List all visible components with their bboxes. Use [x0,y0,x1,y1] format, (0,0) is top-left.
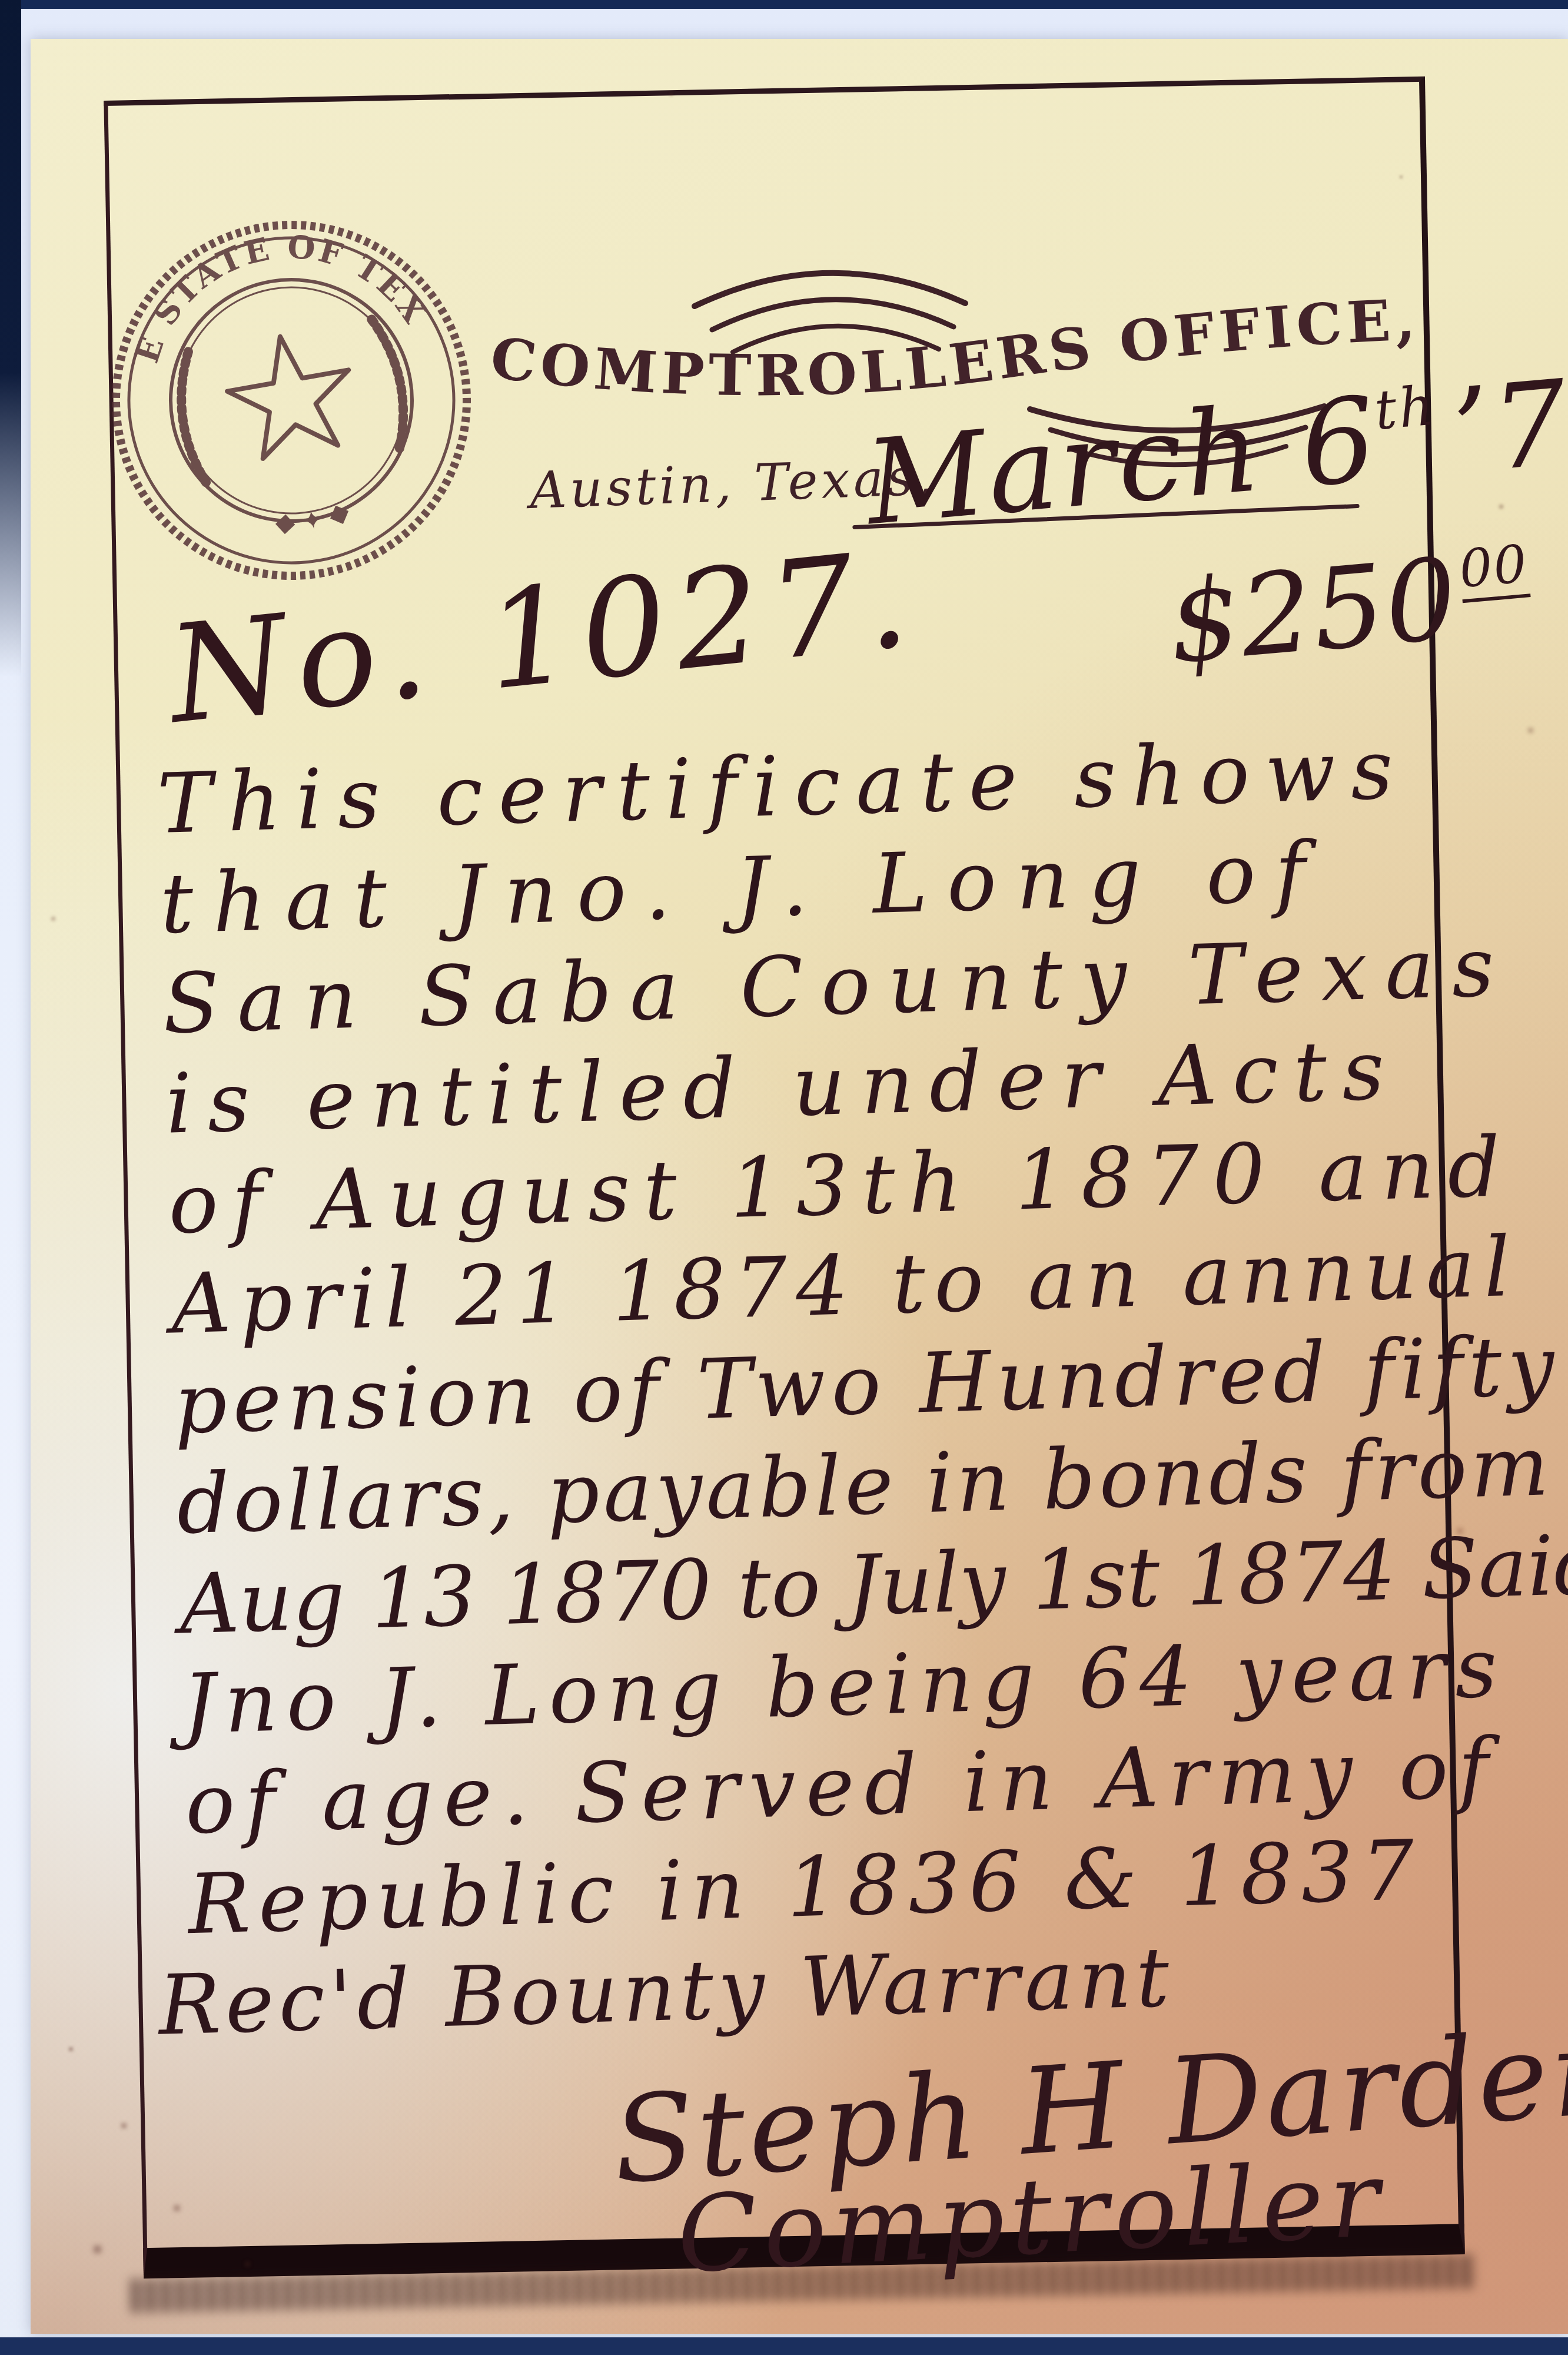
certificate-body: This certificate shows that Jno. J. Long… [156,715,1568,2055]
state-of-texas-seal-icon: THE STATE OF TEXAS ◆ ✦ ◆ [100,206,483,589]
photo-bottom-edge [0,2337,1568,2355]
photo-top-edge [0,0,1568,9]
seal-wreath-left [171,348,213,485]
seal-star-icon [220,326,361,463]
photo-left-edge [0,0,21,677]
amount-cents: 00 [1457,533,1530,603]
seal-inner-ring-2 [161,270,423,532]
seal-ornament: ◆ ✦ ◆ [270,494,354,542]
amount-dollars: $250 [1164,533,1463,688]
date-year: ’75 [1448,348,1568,500]
photographed-certificate: THE STATE OF TEXAS ◆ ✦ ◆ COMPTROLLERS OF… [0,0,1568,2355]
age-speckles [0,0,1,1]
date-ordinal-suffix: th [1372,374,1439,442]
